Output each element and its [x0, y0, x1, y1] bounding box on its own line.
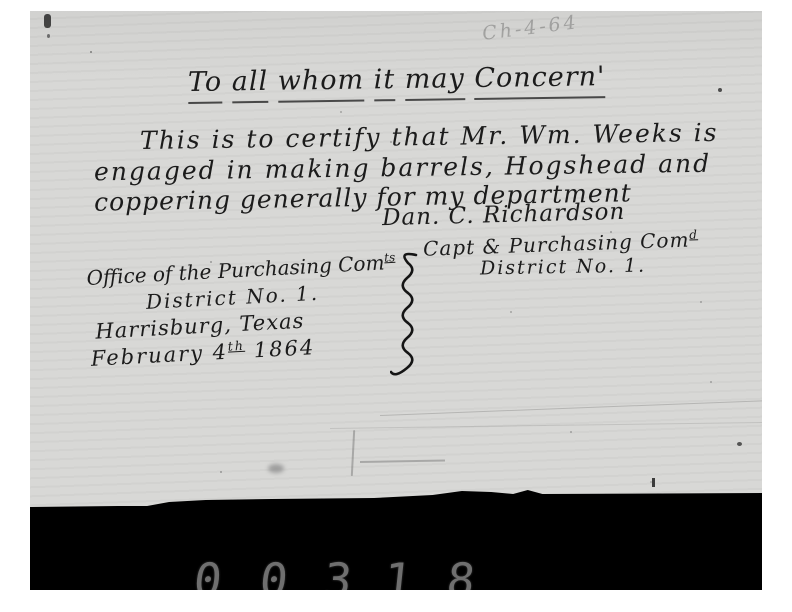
paper-crease-line	[330, 422, 762, 429]
handwritten-brace-squiggle	[390, 251, 424, 385]
paper-crease-line	[351, 430, 355, 476]
scan-artifact-speck	[44, 14, 51, 28]
frame-counter-digit: 8	[444, 553, 477, 590]
frame-counter-digit: 0	[191, 553, 224, 590]
film-black-band: 0 0 3 1 8	[30, 481, 762, 590]
date-year: 1864	[245, 335, 316, 363]
frame-counter-digit: 0	[257, 553, 290, 590]
scan-artifact-speck	[47, 34, 50, 38]
signature-district: District No. 1.	[480, 255, 646, 280]
scan-artifact-speck	[737, 442, 742, 446]
date-text: February 4	[90, 340, 228, 371]
document-title: To all whom it may Concern'	[188, 61, 615, 98]
signature-name: Dan. C. Richardson	[382, 199, 626, 231]
date-superscript: th	[227, 338, 245, 354]
scan-artifact-speck	[652, 478, 655, 487]
scan-dust-particles	[90, 51, 92, 53]
frame-counter-digit: 3	[321, 553, 354, 590]
paper-crease-line	[360, 460, 445, 463]
frame-counter-digit: 1	[381, 553, 414, 590]
scan-artifact-smudge	[268, 464, 284, 473]
microfilm-document-scan: Ch-4-64 To all whom it may Concern' This…	[30, 11, 762, 590]
office-date-block: Office of the Purchasing Comts District …	[86, 248, 432, 381]
office-line-text: Office of the Purchasing Com	[86, 250, 385, 290]
paper-crease-line	[380, 400, 762, 416]
pencil-annotation: Ch-4-64	[481, 11, 580, 45]
scan-artifact-speck	[718, 88, 722, 92]
signature-title-superscript: d	[689, 228, 698, 242]
